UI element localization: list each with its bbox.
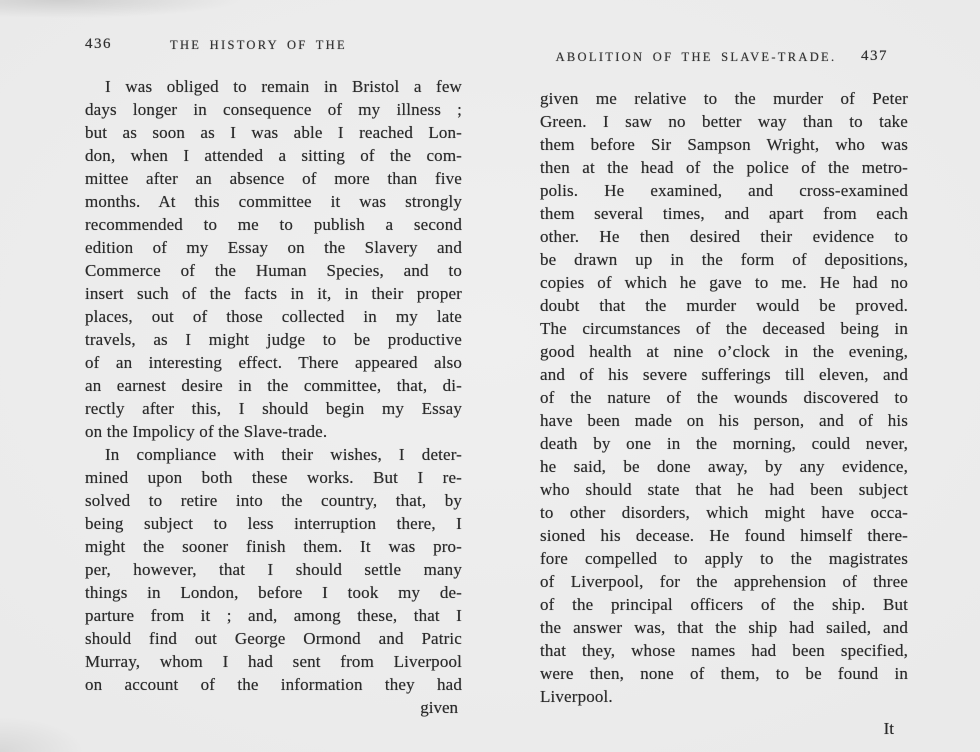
text-line: things in London, before I took my de- [85, 581, 462, 604]
text-line: that they, whose names had been specifie… [540, 639, 908, 662]
text-line: given me relative to the murder of Peter [540, 87, 908, 110]
text-line: doubt that the murder would be proved. [540, 294, 908, 317]
text-line: solved to retire into the country, that,… [85, 489, 462, 512]
text-line: recommended to me to publish a second [85, 213, 462, 236]
text-line: death by one in the morning, could never… [540, 432, 908, 455]
text-line: parture from it ; and, among these, that… [85, 604, 462, 627]
running-header-left: THE HISTORY OF THE [85, 38, 462, 53]
text-line: on the Impolicy of the Slave-trade. [85, 420, 462, 443]
text-line: have been made on his person, and of his [540, 409, 908, 432]
text-line: insert such of the facts in it, in their… [85, 282, 462, 305]
text-line: and of his severe sufferings till eleven… [540, 363, 908, 386]
text-line: Liverpool. [540, 685, 908, 708]
text-line: be drawn up in the form of depositions, [540, 248, 908, 271]
text-line: In compliance with their wishes, I deter… [85, 443, 462, 466]
text-line: mined upon both these works. But I re- [85, 466, 462, 489]
page-437: ABOLITION OF THE SLAVE-TRADE. 437 given … [540, 0, 908, 740]
running-header-right: ABOLITION OF THE SLAVE-TRADE. [540, 50, 908, 65]
text-line: being subject to less interruption there… [85, 512, 462, 535]
page-header-right: ABOLITION OF THE SLAVE-TRADE. 437 [540, 50, 908, 70]
text-line: fore compelled to apply to the magistrat… [540, 547, 908, 570]
text-line: per, however, that I should settle many [85, 558, 462, 581]
text-line: of an interesting effect. There appeared… [85, 351, 462, 374]
text-line: should find out George Ormond and Patric [85, 627, 462, 650]
text-line: of Liverpool, for the apprehension of th… [540, 570, 908, 593]
catchword-left: given [85, 696, 462, 719]
page-body-right: given me relative to the murder of Peter… [540, 87, 908, 708]
page-number-right: 437 [861, 48, 888, 65]
catchword-right: It [540, 717, 908, 740]
text-line: to other disorders, which might have occ… [540, 501, 908, 524]
text-line: then at the head of the police of the me… [540, 156, 908, 179]
text-line: Commerce of the Human Species, and to [85, 259, 462, 282]
page-436: 436 THE HISTORY OF THE I was obliged to … [85, 0, 462, 719]
text-line: polis. He examined, and cross-examined [540, 179, 908, 202]
text-line: who should state that he had been subjec… [540, 478, 908, 501]
text-line: them several times, and apart from each [540, 202, 908, 225]
text-line: of the principal officers of the ship. B… [540, 593, 908, 616]
text-line: them before Sir Sampson Wright, who was [540, 133, 908, 156]
page-body-left: I was obliged to remain in Bristol a few… [85, 75, 462, 696]
text-line: edition of my Essay on the Slavery and [85, 236, 462, 259]
text-line: on account of the information they had [85, 673, 462, 696]
text-line: were then, none of them, to be found in [540, 662, 908, 685]
text-line: of the nature of the wounds discovered t… [540, 386, 908, 409]
text-line: he said, be done away, by any evidence, [540, 455, 908, 478]
text-line: places, out of those collected in my lat… [85, 305, 462, 328]
text-line: the answer was, that the ship had sailed… [540, 616, 908, 639]
text-line: The circumstances of the deceased being … [540, 317, 908, 340]
text-line: rectly after this, I should begin my Ess… [85, 397, 462, 420]
text-line: an earnest desire in the committee, that… [85, 374, 462, 397]
text-line: good health at nine o’clock in the eveni… [540, 340, 908, 363]
text-line: travels, as I might judge to be producti… [85, 328, 462, 351]
page-number-left: 436 [85, 36, 112, 53]
scanned-book-spread: { "colors": { "paper": "#ececec", "ink":… [0, 0, 980, 752]
text-line: days longer in consequence of my illness… [85, 98, 462, 121]
text-line: sioned his decease. He found himself the… [540, 524, 908, 547]
text-line: Murray, whom I had sent from Liverpool [85, 650, 462, 673]
text-line: but as soon as I was able I reached Lon- [85, 121, 462, 144]
text-line: Green. I saw no better way than to take [540, 110, 908, 133]
text-line: months. At this committee it was strongl… [85, 190, 462, 213]
text-line: other. He then desired their evidence to [540, 225, 908, 248]
text-line: might the sooner finish them. It was pro… [85, 535, 462, 558]
text-line: copies of which he gave to me. He had no [540, 271, 908, 294]
text-line: I was obliged to remain in Bristol a few [85, 75, 462, 98]
page-header-left: 436 THE HISTORY OF THE [85, 38, 462, 58]
text-line: don, when I attended a sitting of the co… [85, 144, 462, 167]
text-line: mittee after an absence of more than fiv… [85, 167, 462, 190]
